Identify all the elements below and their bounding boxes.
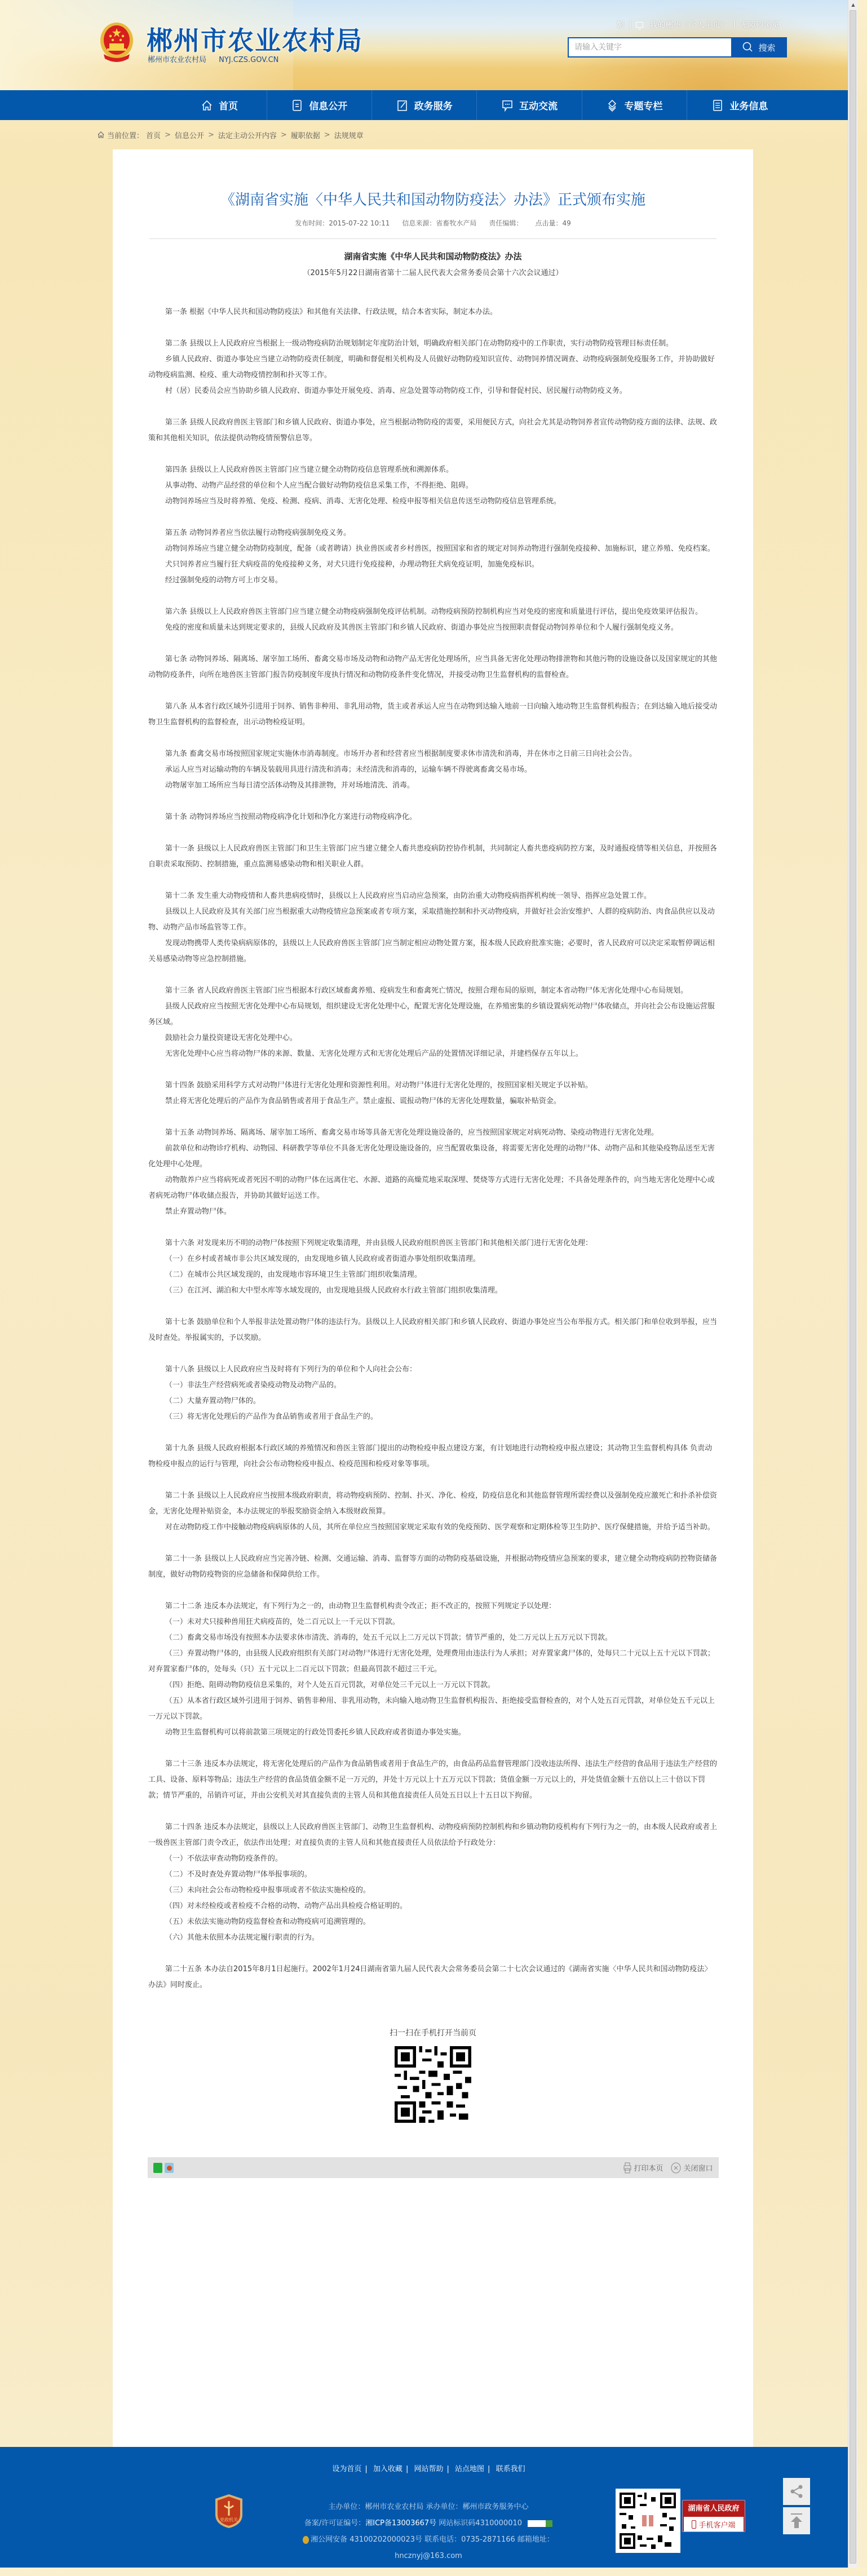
clause-paragraph: 第八条 从本省行政区域外引进用于饲养、销售非种用、非乳用动物，货主或者承运人应当… [148,699,718,731]
clause-paragraph: （二）在城市公共区域发现的，由发现地市容环境卫生主管部门组织收集清理。 [148,1267,718,1283]
clause-paragraph: 第四条 县级以上人民政府兽医主管部门应当建立健全动物防疫信息管理系统和溯源体系。 [148,462,718,478]
breadcrumb-statutory-content[interactable]: 法定主动公开内容 [218,130,277,140]
article-clause: 第二十五条 本办法自2015年8月1日起施行。2002年1月24日湖南省第九届人… [148,1962,718,1993]
nav-item-home[interactable]: 首页 [172,90,267,120]
article-clause: 第二条 县级以上人民政府应当根据上一级动物疫病防治规划制定年度防治计划，明确政府… [148,336,718,399]
article-body: 第一条 根据《中华人民共和国动物防疫法》和其他有关法律、行政法规，结合本省实际，… [148,304,718,1993]
accessibility-link[interactable]: 无障碍浏览 [740,19,780,30]
breadcrumb-regulations[interactable]: 法规规章 [334,130,364,140]
scroll-down-arrow-icon[interactable]: ▼ [848,2566,858,2568]
site-help-link[interactable]: 网站帮助 [410,2465,446,2473]
back-to-top-button[interactable] [783,2507,810,2534]
article-clause: 第三条 县级人民政府兽医主管部门和乡镇人民政府、街道办事处，应当根据动物防疫的需… [148,415,718,446]
national-emblem-icon [99,21,134,63]
clause-paragraph: 第十条 动物饲养场应当按照动物疫病净化计划和净化方案进行动物疫病净化。 [148,809,718,825]
clause-paragraph: 第七条 动物饲养场、隔离场、屠宰加工场所、畜禽交易市场及动物和动物产品无害化处理… [148,652,718,683]
share-button[interactable] [783,2478,810,2505]
info-source: 信息来源：省畜牧水产局 [402,218,476,228]
responsible-editor: 责任编辑： [489,218,523,228]
clause-paragraph: 免疫的密度和质量未达到规定要求的，县级人民政府及其兽医主管部门和乡镇人民政府、街… [148,620,718,636]
police-record[interactable]: 湘公网安备 43100202000023号 联系电话：0735-2871166 … [311,2535,554,2544]
add-favorite-link[interactable]: 加入收藏 [370,2465,406,2473]
clause-paragraph: 承运人应当对运输动物的车辆及装载用具进行清洗和消毒；未经清洗和消毒的，运输车辆不… [148,762,718,778]
search-box: 搜索 [568,37,787,57]
clause-paragraph: 县级以上人民政府及其有关部门应当根据重大动物疫情应急预案或者专项方案，采取措施控… [148,904,718,936]
clause-paragraph: 乡镇人民政府、街道办事处应当建立动物防疫责任制度，明确和督促相关机构及人员做好动… [148,352,718,383]
nav-item-interaction[interactable]: 互动交流 [477,90,582,120]
clause-paragraph: （三）将无害化处理后的产品作为食品销售或者用于食品生产的。 [148,1409,718,1425]
clause-paragraph: （五）从本省行政区域外引进用于饲养、销售非种用、非乳用动物，未向输入地动物卫生监… [148,1693,718,1725]
article-title: 《湖南省实施〈中华人民共和国动物防疫法〉办法》正式颁布实施 [113,149,753,210]
wechat-share-icon[interactable] [153,2163,162,2173]
site-title[interactable]: 郴州市农业农村局 [147,20,363,57]
clause-paragraph: （一）不依法审查动物防疫条件的。 [148,1851,718,1867]
nav-item-label: 专题专栏 [624,98,662,112]
clause-paragraph: 第十七条 鼓励单位和个人举报非法处置动物尸体的违法行为。县级以上人民政府相关部门… [148,1314,718,1346]
article-clause: 第十三条 省人民政府兽医主管部门应当根据本行政区域畜禽养殖、疫病发生和畜禽死亡情… [148,983,718,1062]
article-clause: 第一条 根据《中华人民共和国动物防疫法》和其他有关法律、行政法规，结合本省实际，… [148,304,718,320]
gov-app-subtitle-row: 手机客户端 [684,2517,744,2531]
article-clause: 第二十三条 违反本办法规定，将无害化处理后的产品作为食品销售或者用于食品生产的，… [148,1756,718,1804]
clause-paragraph: 动物屠宰加工场所应当每日清空活体动物及其排泄物，并对场地清洗、消毒。 [148,778,718,794]
site-code: 网站标识码4310000010 [439,2519,522,2528]
close-window-button[interactable]: 关闭窗口 [671,2162,713,2174]
printer-icon [623,2162,631,2174]
clause-paragraph: 动物饲养场应当建立健全动物防疫制度，配备（或者聘请）执业兽医或者乡村兽医，按照国… [148,541,718,557]
publish-time: 发布时间：2015-07-22 10:11 [295,218,390,228]
qr-code-icon [620,2493,676,2549]
breadcrumb-prefix: 当前位置： [107,130,144,140]
clause-paragraph: （一）非法生产经营病死或者染疫动物及动物产品的。 [148,1378,718,1393]
clause-paragraph: 动物卫生监督机构可以将前款第三项规定的行政处罚委托乡镇人民政府或者街道办事处实施… [148,1725,718,1741]
article-clause: 第八条 从本省行政区域外引进用于饲养、销售非种用、非乳用动物，货主或者承运人应当… [148,699,718,731]
clause-paragraph: （三）未向社会公布动物检疫申报事项或者不依法实施检疫的。 [148,1883,718,1898]
article-clause: 第十九条 县级人民政府根据本行政区域的养殖情况和兽医主管部门提出的动物检疫申报点… [148,1441,718,1472]
site-subtitle-url: NYJ.CZS.GOV.CN [219,56,278,64]
clause-paragraph: 第十一条 县级以上人民政府兽医主管部门和卫生主管部门应当建立健全人畜共患疫病防控… [148,841,718,873]
breadcrumb-separator: > [281,131,287,139]
top-links: 繁 | 我的郴州（个人主页） | 无障碍浏览 [617,19,780,30]
clause-paragraph: 第十五条 动物饲养场、隔离场、屠宰加工场所、畜禽交易市场等具备无害化处理设施设备… [148,1125,718,1141]
nav-item-label: 业务信息 [729,98,768,112]
nav-item-label: 信息公开 [309,98,347,112]
article-clause: 第二十条 县级以上人民政府应当按照本级政府职责，将动物疫病预防、控制、扑灭、净化… [148,1488,718,1535]
clause-paragraph: 村（居）民委员会应当协助乡镇人民政府、街道办事处开展免疫、消毒、应急处置等动物防… [148,383,718,399]
nav-item-special-topics[interactable]: 专题专栏 [582,90,687,120]
gov-app-title: 湖南省人民政府 [683,2500,745,2517]
share-icons [153,2163,174,2173]
article-toolbar: 打印本页 关闭窗口 [148,2157,719,2178]
article-clause: 第十二条 发生重大动物疫情和人畜共患病疫情时，县级以上人民政府应当启动应急预案，… [148,888,718,967]
set-homepage-link[interactable]: 设为首页 [329,2465,365,2473]
vertical-scrollbar[interactable]: ▲ ▼ [848,0,857,2568]
host-unit: 主办单位：郴州市农业农村局 承办单位：郴州市政务服务中心 [287,2499,569,2515]
footer-links: 设为首页| 加入收藏| 网站帮助| 站点地图| 联系我们 [0,2463,857,2473]
icp-prefix: 备案/许可证编号： [304,2519,365,2528]
document-icon [291,99,303,112]
scrollbar-thumb[interactable] [850,10,856,2564]
view-count: 点击量：49 [535,218,570,228]
icp-number-link[interactable]: 湘ICP备13003667号 [365,2519,436,2528]
clause-paragraph: 第三条 县级人民政府兽医主管部门和乡镇人民政府、街道办事处，应当根据动物防疫的需… [148,415,718,446]
clause-paragraph: 无害化处理中心应当将动物尸体的来源、数量、无害化处理方式和无害化处理后产品的处置… [148,1046,718,1062]
header: 郴州市农业农村局 郴州市农业农村局 NYJ.CZS.GOV.CN 繁 | 我的郴… [0,0,857,90]
article-container: 《湖南省实施〈中华人民共和国动物防疫法〉办法》正式颁布实施 发布时间：2015-… [113,149,753,2447]
clause-paragraph: 禁止弃置动物尸体。 [148,1204,718,1220]
close-icon [671,2162,681,2174]
breadcrumb-separator: > [324,131,330,139]
phone-icon [692,2520,696,2529]
gov-app-subtitle: 手机客户端 [698,2519,735,2530]
qr-label: 扫一扫在手机打开当前页 [113,2027,753,2038]
contact-us-link[interactable]: 联系我们 [493,2465,529,2473]
clause-paragraph: （三）在江河、湖泊和大中型水库等水域发现的，由发现地县级人民政府水行政主管部门组… [148,1283,718,1299]
clause-paragraph: 经过强制免疫的动物方可上市交易。 [148,573,718,588]
share-icon [789,2484,804,2499]
clause-paragraph: 第二十三条 违反本办法规定，将无害化处理后的产品作为食品销售或者用于食品生产的，… [148,1756,718,1804]
article-clause: 第九条 畜禽交易市场按照国家规定实施休市消毒制度。市场开办者和经营者应当根据制度… [148,746,718,794]
scroll-up-arrow-icon[interactable]: ▲ [848,0,858,10]
separator: | [365,2465,367,2473]
breadcrumb-separator: > [165,131,171,139]
clause-paragraph: 第九条 畜禽交易市场按照国家规定实施休市消毒制度。市场开办者和经营者应当根据制度… [148,746,718,762]
icp-line: 备案/许可证编号：湘ICP备13003667号 网站标识码4310000010 [287,2515,569,2531]
article-meta: 发布时间：2015-07-22 10:11 信息来源：省畜牧水产局 责任编辑： … [113,218,753,228]
clause-paragraph: 前款单位和动物诊疗机构、动物园、科研教学等单位不具备无害化处理设施设备的，应当配… [148,1141,718,1172]
clause-paragraph: （四）对未经检疫或者检疫不合格的动物、动物产品出具检疫合格证明的。 [148,1898,718,1914]
clause-paragraph: （四）拒绝、阻碍动物防疫信息采集的，对个人处五百元罚款，对单位处三千元以上一万元… [148,1678,718,1693]
clause-paragraph: 第五条 动物饲养者应当依法履行动物疫病强制免疫义务。 [148,525,718,541]
clause-paragraph: 第十二条 发生重大动物疫情和人畜共患病疫情时，县级以上人民政府应当启动应急预案，… [148,888,718,904]
footer-info: 主办单位：郴州市农业农村局 承办单位：郴州市政务服务中心 备案/许可证编号：湘I… [287,2499,569,2564]
home-icon [97,131,105,139]
nav-item-label: 政务服务 [414,98,453,112]
arrow-up-icon [789,2513,804,2529]
article-clause: 第五条 动物饲养者应当依法履行动物疫病强制免疫义务。动物饲养场应当建立健全动物防… [148,525,718,588]
list-icon [711,99,724,112]
breadcrumb-home[interactable]: 首页 [146,130,161,140]
article-clause: 第二十二条 违反本办法规定，有下列行为之一的，由动物卫生监督机构责令改正；拒不改… [148,1599,718,1741]
footer: 设为首页| 加入收藏| 网站帮助| 站点地图| 联系我们 党政机关 主办单位：郴… [0,2447,857,2568]
clause-paragraph: 对在动物防疫工作中接触动物疫病病原体的人员，其所在单位应当按照国家规定采取有效的… [148,1520,718,1535]
article-clause: 第十五条 动物饲养场、隔离场、屠宰加工场所、畜禽交易市场等具备无害化处理设施设备… [148,1125,718,1220]
clause-paragraph: 第十八条 县级以上人民政府应当及时将有下列行为的单位和个人向社会公布： [148,1362,718,1378]
article-clause: 第二十一条 县级以上人民政府应当完善冷链、检测、交通运输、消毒、监督等方面的动物… [148,1551,718,1583]
clause-paragraph: 动物散养户应当将病死或者死因不明的动物尸体在远离住宅、水源、道路的高燥荒地采取深… [148,1172,718,1204]
monitor-icon [636,22,643,28]
breadcrumb-info-disclosure[interactable]: 信息公开 [175,130,204,140]
clause-paragraph: 县级人民政府应当按照无害化处理中心布局规划，组织建设无害化处理中心，配置无害化处… [148,999,718,1030]
article-clause: 第十一条 县级以上人民政府兽医主管部门和卫生主管部门应当建立健全人畜共患疫病防控… [148,841,718,873]
party-government-badge-icon[interactable]: 党政机关 [214,2493,244,2529]
separator: | [629,20,632,29]
layers-icon [606,99,618,112]
article-clause: 第十条 动物饲养场应当按照动物疫病净化计划和净化方案进行动物疫病净化。 [148,809,718,825]
article-clause: 第十八条 县级以上人民政府应当及时将有下列行为的单位和个人向社会公布：（一）非法… [148,1362,718,1425]
page: 郴州市农业农村局 郴州市农业农村局 NYJ.CZS.GOV.CN 繁 | 我的郴… [0,0,857,2568]
traditional-chinese-link[interactable]: 繁 [617,19,625,30]
separator: | [488,2465,490,2473]
article-clause: 第四条 县级以上人民政府兽医主管部门应当建立健全动物防疫信息管理系统和溯源体系。… [148,462,718,510]
article-clause: 第十四条 鼓励采用科学方式对动物尸体进行无害化处理和资源性利用。对动物尸体进行无… [148,1078,718,1109]
clause-paragraph: 第十九条 县级人民政府根据本行政区域的养殖情况和兽医主管部门提出的动物检疫申报点… [148,1441,718,1472]
search-icon [742,42,754,53]
close-window-label: 关闭窗口 [683,2162,713,2173]
search-input[interactable] [568,37,731,57]
nav-item-info-disclosure[interactable]: 信息公开 [267,90,372,120]
breadcrumb-duty-basis[interactable]: 履职依据 [291,130,320,140]
clause-paragraph: 第二十二条 违反本办法规定，有下列行为之一的，由动物卫生监督机构责令改正；拒不改… [148,1599,718,1614]
article-clause: 第二十四条 违反本办法规定，县级以上人民政府兽医主管部门、动物卫生监督机构、动物… [148,1820,718,1946]
clause-paragraph: 第二十一条 县级以上人民政府应当完善冷链、检测、交通运输、消毒、监督等方面的动物… [148,1551,718,1583]
cnzz-icon[interactable] [528,2520,552,2527]
clause-paragraph: （二）大量弃置动物尸体的。 [148,1393,718,1409]
chat-icon [501,99,514,112]
home-icon [201,99,213,112]
email: hncznyj@163.com [287,2548,569,2564]
footer-qr-code [616,2489,680,2553]
edit-icon [396,99,409,112]
site-subtitle: 郴州市农业农村局 NYJ.CZS.GOV.CN [148,54,289,64]
clause-paragraph: （二）畜禽交易市场没有按照本办法要求休市清洗、消毒的，处五千元以上二万元以下罚款… [148,1630,718,1646]
breadcrumb-separator: > [208,131,214,139]
clause-paragraph: （一）未对犬只接种兽用狂犬病疫苗的，处二百元以上一千元以下罚款。 [148,1614,718,1630]
weibo-share-icon[interactable] [165,2163,174,2173]
clause-paragraph: 犬只饲养者应当履行狂犬病疫苗的免疫接种义务，对犬只进行免疫接种，办理动物狂犬病免… [148,557,718,573]
clause-paragraph: 鼓励社会力量投资建设无害化处理中心。 [148,1030,718,1046]
clause-paragraph: （三）弃置动物尸体的，由县级人民政府组织有关部门对动物尸体进行无害化处理，处理费… [148,1646,718,1678]
police-line: 湘公网安备 43100202000023号 联系电话：0735-2871166 … [287,2531,569,2548]
svg-text:党政机关: 党政机关 [220,2517,238,2522]
tools: 打印本页 关闭窗口 [623,2162,713,2174]
nav-item-business-info[interactable]: 业务信息 [687,90,792,120]
document-title: 湖南省实施《中华人民共和国动物防疫法》办法 [113,250,753,262]
clause-paragraph: 第二十四条 违反本办法规定，县级以上人民政府兽医主管部门、动物卫生监督机构、动物… [148,1820,718,1851]
nav-item-label: 互动交流 [519,98,558,112]
site-subtitle-cn: 郴州市农业农村局 [148,56,206,64]
clause-paragraph: 第一条 根据《中华人民共和国动物防疫法》和其他有关法律、行政法规，结合本省实际，… [148,304,718,320]
qr-code-icon [395,2046,471,2123]
police-badge-icon [303,2536,309,2544]
print-button[interactable]: 打印本页 [623,2162,663,2174]
clause-paragraph: 第六条 县级以上人民政府兽医主管部门应当建立健全动物疫病强制免疫评估机制。动物疫… [148,604,718,620]
clause-paragraph: （六）其他未依照本办法规定履行职责的行为。 [148,1930,718,1946]
separator: | [406,2465,408,2473]
clause-paragraph: 第二条 县级以上人民政府应当根据上一级动物疫病防治规划制定年度防治计划，明确政府… [148,336,718,352]
clause-paragraph: 第二十五条 本办法自2015年8月1日起施行。2002年1月24日湖南省第九届人… [148,1962,718,1993]
clause-paragraph: 第二十条 县级以上人民政府应当按照本级政府职责，将动物疫病预防、控制、扑灭、净化… [148,1488,718,1520]
clause-paragraph: 第十六条 对发现来历不明的动物尸体按照下列规定收集清理，并由县级人民政府组织兽医… [148,1236,718,1251]
qr-section: 扫一扫在手机打开当前页 [113,2027,753,2125]
separator: | [447,2465,449,2473]
nav-item-label: 首页 [219,98,238,112]
main-nav: 首页 信息公开 政务服务 互动交流 专题专栏 业务信息 [0,90,857,120]
clause-paragraph: 第十三条 省人民政府兽医主管部门应当根据本行政区域畜禽养殖、疫病发生和畜禽死亡情… [148,983,718,999]
print-label: 打印本页 [634,2162,663,2173]
search-button-label: 搜索 [758,42,775,54]
hunan-gov-app-button[interactable]: 湖南省人民政府 手机客户端 [682,2500,745,2532]
breadcrumb: 当前位置： 首页 > 信息公开 > 法定主动公开内容 > 履职依据 > 法规规章 [0,120,857,149]
clause-paragraph: 第十四条 鼓励采用科学方式对动物尸体进行无害化处理和资源性利用。对动物尸体进行无… [148,1078,718,1094]
clause-paragraph: 发现动物携带人类传染病病原体的，县级以上人民政府兽医主管部门应当制定相应动物处置… [148,936,718,967]
nav-item-gov-services[interactable]: 政务服务 [372,90,477,120]
article-clause: 第七条 动物饲养场、隔离场、屠宰加工场所、畜禽交易市场及动物和动物产品无害化处理… [148,652,718,683]
article-clause: 第十七条 鼓励单位和个人举报非法处置动物尸体的违法行为。县级以上人民政府相关部门… [148,1314,718,1346]
sitemap-link[interactable]: 站点地图 [452,2465,488,2473]
separator: | [733,20,736,29]
clause-paragraph: 从事动物、动物产品经营的单位和个人应当配合做好动物防疫信息采集工作，不得拒绝、阻… [148,478,718,494]
search-button[interactable]: 搜索 [731,37,787,57]
clause-paragraph: （一）在乡村或者城市非公共区域发现的，由发现地乡镇人民政府或者街道办事处组织收集… [148,1251,718,1267]
article-clause: 第六条 县级以上人民政府兽医主管部门应当建立健全动物疫病强制免疫评估机制。动物疫… [148,604,718,636]
my-chenzhou-link[interactable]: 我的郴州（个人主页） [649,19,728,30]
clause-paragraph: （二）不及时查处弃置动物尸体举报事项的。 [148,1867,718,1883]
document-subtitle: （2015年5月22日湖南省第十二届人民代表大会常务委员会第十六次会议通过） [113,267,753,277]
clause-paragraph: （五）未依法实施动物防疫监督检查和动物疫病可追溯管理的。 [148,1914,718,1930]
divider [149,238,716,239]
clause-paragraph: 动物饲养场应当及时将养殖、免疫、检测、疫病、消毒、无害化处理、检疫申报等相关信息… [148,494,718,510]
article-clause: 第十六条 对发现来历不明的动物尸体按照下列规定收集清理，并由县级人民政府组织兽医… [148,1236,718,1299]
clause-paragraph: 禁止将无害化处理后的产品作为食品销售或者用于食品生产。禁止虚报、谎报动物尸体的无… [148,1094,718,1109]
